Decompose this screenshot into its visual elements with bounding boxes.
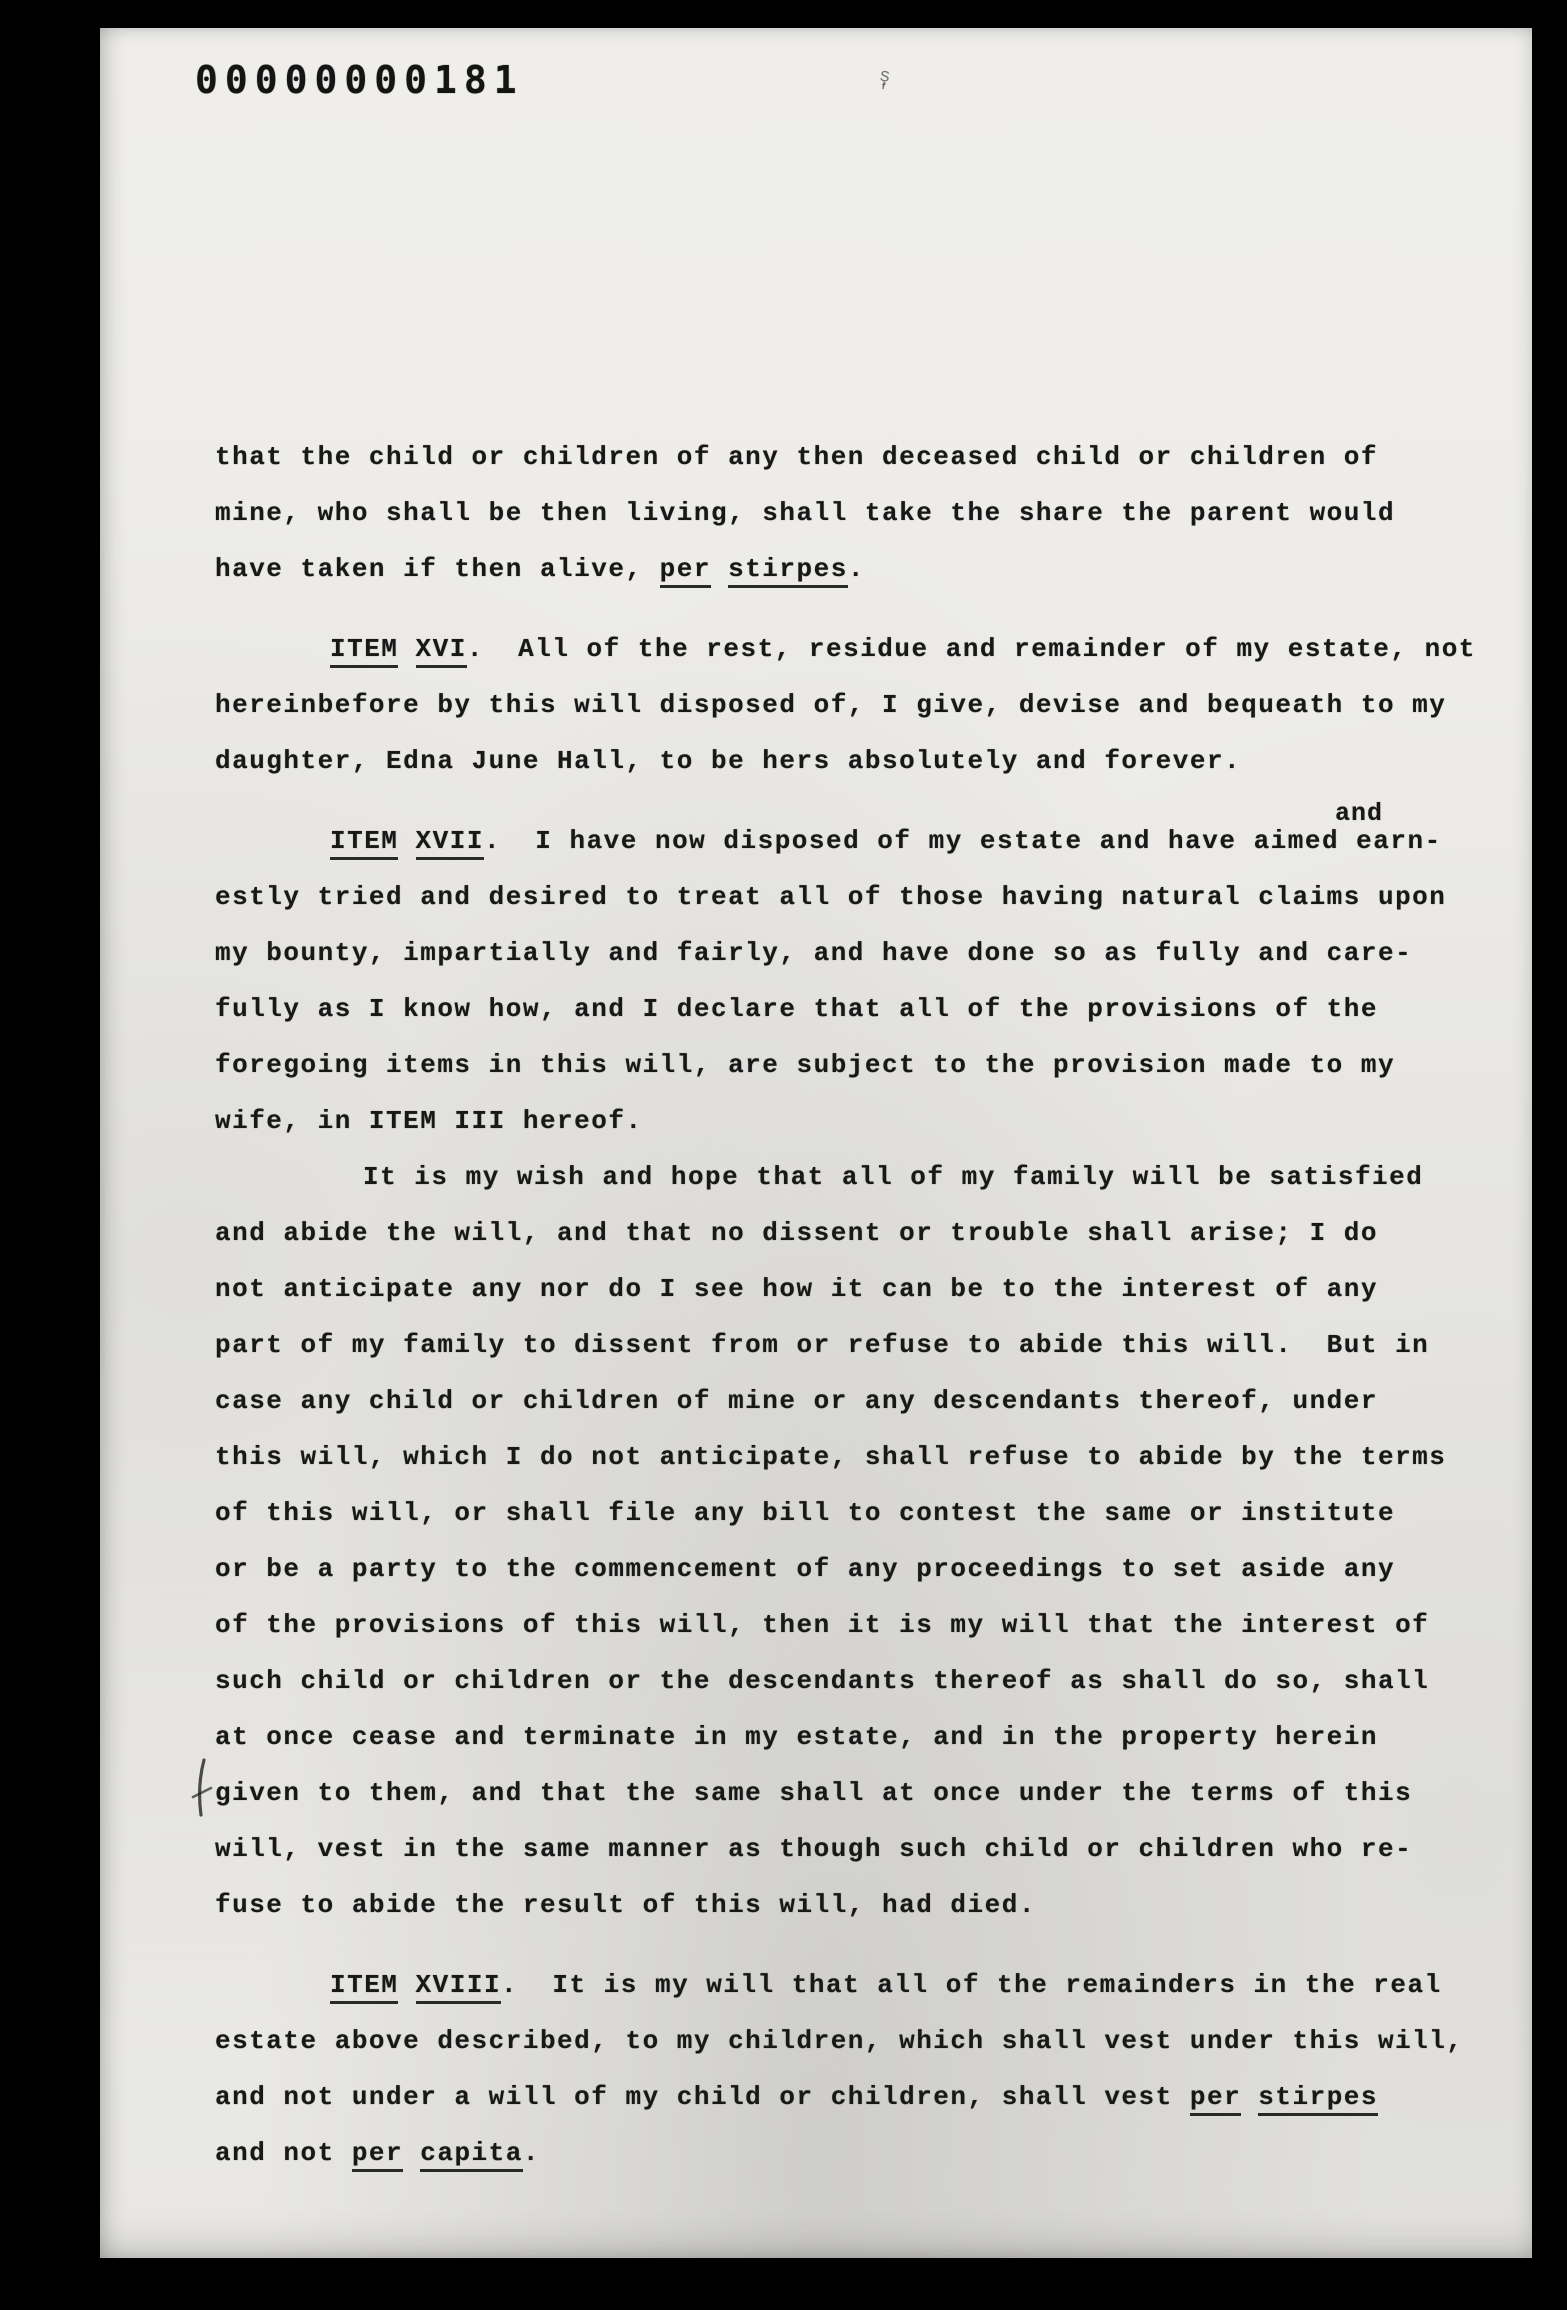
text-segment: of this will, or shall file any bill to …	[215, 1498, 1395, 1528]
underlined-text: capita	[420, 2138, 523, 2172]
paragraph-item-xviii: ITEM XVIII. It is my will that all of th…	[215, 1957, 1505, 2181]
text-segment: fuse to abide the result of this will, h…	[215, 1890, 1036, 1920]
text-line: fuse to abide the result of this will, h…	[215, 1877, 1505, 1933]
text-line: at once cease and terminate in my estate…	[215, 1709, 1505, 1765]
text-line: given to them, and that the same shall a…	[215, 1765, 1505, 1821]
text-segment: daughter, Edna June Hall, to be hers abs…	[215, 746, 1241, 776]
text-line: or be a party to the commencement of any…	[215, 1541, 1505, 1597]
text-line: part of my family to dissent from or ref…	[215, 1317, 1505, 1373]
underlined-text: per	[660, 554, 711, 588]
text-segment: .	[523, 2138, 540, 2168]
text-segment: part of my family to dissent from or ref…	[215, 1330, 1429, 1360]
text-segment: at once cease and terminate in my estate…	[215, 1722, 1378, 1752]
underlined-text: XVII	[416, 826, 484, 860]
text-segment	[398, 1970, 415, 2000]
underlined-text: per	[352, 2138, 403, 2172]
text-segment: and not under a will of my child or chil…	[215, 2082, 1190, 2112]
text-segment: my bounty, impartially and fairly, and h…	[215, 938, 1412, 968]
text-segment: estate above described, to my children, …	[215, 2026, 1464, 2056]
text-segment: will, vest in the same manner as though …	[215, 1834, 1412, 1864]
handwritten-check-mark-icon	[189, 1757, 215, 1819]
text-segment: It is my wish and hope that all of my fa…	[363, 1162, 1423, 1192]
text-segment	[398, 634, 415, 664]
text-line: case any child or children of mine or an…	[215, 1373, 1505, 1429]
text-line: ITEM XVIII. It is my will that all of th…	[215, 1957, 1505, 2013]
underlined-text: XVI	[416, 634, 467, 668]
document-number-stamp: 00000000181	[195, 58, 524, 102]
text-segment: not anticipate any nor do I see how it c…	[215, 1274, 1378, 1304]
text-line: foregoing items in this will, are subjec…	[215, 1037, 1505, 1093]
underlined-text: stirpes	[728, 554, 848, 588]
text-segment: or be a party to the commencement of any…	[215, 1554, 1395, 1584]
text-segment: such child or children or the descendant…	[215, 1666, 1429, 1696]
text-line: my bounty, impartially and fairly, and h…	[215, 925, 1505, 981]
underlined-text: per	[1190, 2082, 1241, 2116]
paragraph-item-xvi: ITEM XVI. All of the rest, residue and r…	[215, 621, 1505, 789]
text-line: estate above described, to my children, …	[215, 2013, 1505, 2069]
text-segment: that the child or children of any then d…	[215, 442, 1378, 472]
text-segment: hereinbefore by this will disposed of, I…	[215, 690, 1446, 720]
text-line: and not under a will of my child or chil…	[215, 2069, 1505, 2125]
text-segment: fully as I know how, and I declare that …	[215, 994, 1378, 1024]
paragraph-wish: It is my wish and hope that all of my fa…	[215, 1149, 1505, 1933]
text-line: ITEM XVI. All of the rest, residue and r…	[215, 621, 1505, 677]
document-body: that the child or children of any then d…	[215, 429, 1505, 2181]
text-line: and abide the will, and that no dissent …	[215, 1205, 1505, 1261]
text-segment: mine, who shall be then living, shall ta…	[215, 498, 1395, 528]
underlined-text: ITEM	[330, 1970, 398, 2004]
text-segment	[1241, 2082, 1258, 2112]
underlined-text: ITEM	[330, 826, 398, 860]
text-segment	[711, 554, 728, 584]
text-line: of this will, or shall file any bill to …	[215, 1485, 1505, 1541]
paragraph-item-xvii: ITEM XVII. I have now disposed of my est…	[215, 813, 1505, 1149]
text-line: estly tried and desired to treat all of …	[215, 869, 1505, 925]
text-segment: . It is my will that all of the remainde…	[501, 1970, 1442, 2000]
text-segment: case any child or children of mine or an…	[215, 1386, 1378, 1416]
underlined-text: XVIII	[416, 1970, 502, 2004]
text-line: It is my wish and hope that all of my fa…	[215, 1149, 1505, 1205]
text-line: mine, who shall be then living, shall ta…	[215, 485, 1505, 541]
text-line: this will, which I do not anticipate, sh…	[215, 1429, 1505, 1485]
text-segment: .	[848, 554, 865, 584]
text-segment: this will, which I do not anticipate, sh…	[215, 1442, 1446, 1472]
text-line: and not per capita.	[215, 2125, 1505, 2181]
text-segment: of the provisions of this will, then it …	[215, 1610, 1429, 1640]
text-segment: have taken if then alive,	[215, 554, 660, 584]
text-segment: . All of the rest, residue and remainder…	[467, 634, 1476, 664]
text-line: daughter, Edna June Hall, to be hers abs…	[215, 733, 1505, 789]
text-line: of the provisions of this will, then it …	[215, 1597, 1505, 1653]
text-segment: . I have now disposed of my estate and h…	[484, 826, 1442, 856]
text-segment: foregoing items in this will, are subjec…	[215, 1050, 1395, 1080]
document-page: 00000000181 ş ' that the child or childr…	[100, 28, 1532, 2258]
interlinear-insertion: and	[1335, 786, 1383, 842]
text-line: ITEM XVII. I have now disposed of my est…	[215, 813, 1505, 869]
text-line: fully as I know how, and I declare that …	[215, 981, 1505, 1037]
text-segment: wife, in ITEM III hereof.	[215, 1106, 643, 1136]
text-line: not anticipate any nor do I see how it c…	[215, 1261, 1505, 1317]
text-segment: and not	[215, 2138, 352, 2168]
text-segment: given to them, and that the same shall a…	[215, 1778, 1412, 1808]
text-segment	[403, 2138, 420, 2168]
text-segment: estly tried and desired to treat all of …	[215, 882, 1446, 912]
text-line: will, vest in the same manner as though …	[215, 1821, 1505, 1877]
underlined-text: stirpes	[1258, 2082, 1378, 2116]
text-line: hereinbefore by this will disposed of, I…	[215, 677, 1505, 733]
text-line: that the child or children of any then d…	[215, 429, 1505, 485]
text-line: wife, in ITEM III hereof.	[215, 1093, 1505, 1149]
ink-speck: ş '	[876, 67, 892, 100]
paragraph-continuation: that the child or children of any then d…	[215, 429, 1505, 597]
underlined-text: ITEM	[330, 634, 398, 668]
text-line: have taken if then alive, per stirpes.	[215, 541, 1505, 597]
text-segment: and abide the will, and that no dissent …	[215, 1218, 1378, 1248]
text-segment	[398, 826, 415, 856]
scan-background: 00000000181 ş ' that the child or childr…	[0, 0, 1567, 2310]
text-line: such child or children or the descendant…	[215, 1653, 1505, 1709]
